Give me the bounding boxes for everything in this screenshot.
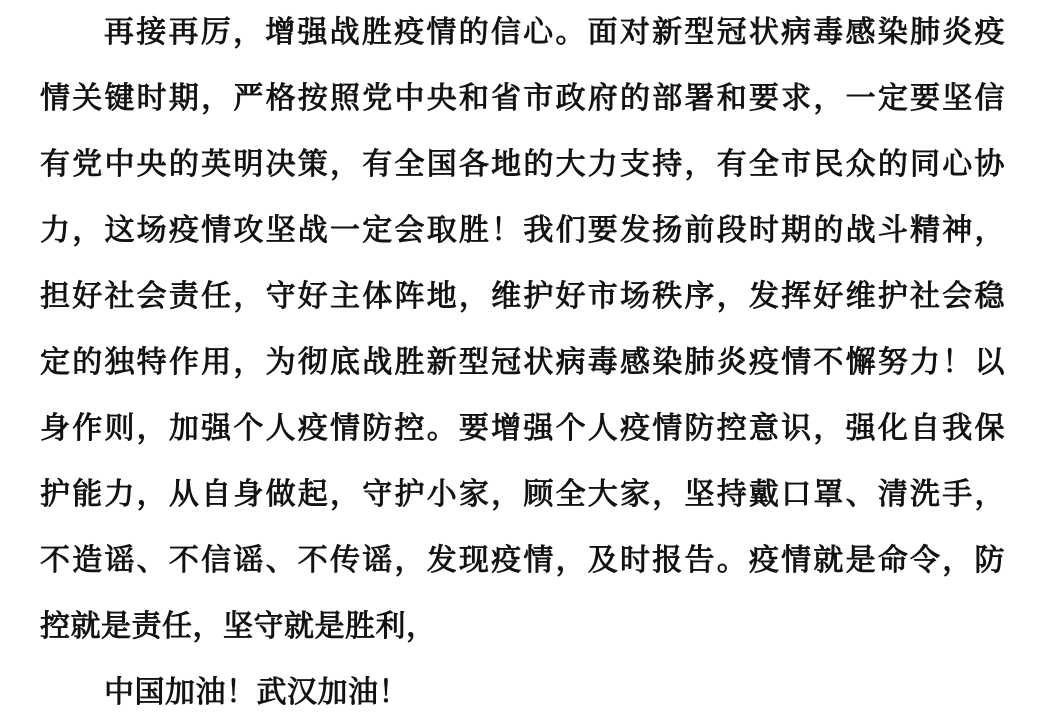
text-line: 护能力，从自身做起，守护小家，顾全大家，坚持戴口罩、清洗手，	[40, 462, 1005, 528]
text-line: 再接再厉，增强战胜疫情的信心。面对新型冠状病毒感染肺炎疫	[40, 0, 1005, 66]
text-line: 力，这场疫情攻坚战一定会取胜！我们要发扬前段时期的战斗精神，	[40, 198, 1005, 264]
text-line: 情关键时期，严格按照党中央和省市政府的部署和要求，一定要坚信	[40, 66, 1005, 132]
text-line: 有党中央的英明决策，有全国各地的大力支持，有全市民众的同心协	[40, 132, 1005, 198]
paragraph-slogan: 中国加油！武汉加油！	[40, 660, 1005, 726]
text-line: 不造谣、不信谣、不传谣，发现疫情，及时报告。疫情就是命令，防	[40, 528, 1005, 594]
text-line: 担好社会责任，守好主体阵地，维护好市场秩序，发挥好维护社会稳	[40, 264, 1005, 330]
text-line: 控就是责任，坚守就是胜利，	[40, 594, 1005, 660]
text-line-slogan: 中国加油！武汉加油！	[40, 660, 1005, 726]
text-line: 身作则，加强个人疫情防控。要增强个人疫情防控意识，强化自我保	[40, 396, 1005, 462]
text-line: 定的独特作用，为彻底战胜新型冠状病毒感染肺炎疫情不懈努力！以	[40, 330, 1005, 396]
paragraph-main: 再接再厉，增强战胜疫情的信心。面对新型冠状病毒感染肺炎疫 情关键时期，严格按照党…	[40, 0, 1005, 660]
document-page: 再接再厉，增强战胜疫情的信心。面对新型冠状病毒感染肺炎疫 情关键时期，严格按照党…	[0, 0, 1050, 727]
